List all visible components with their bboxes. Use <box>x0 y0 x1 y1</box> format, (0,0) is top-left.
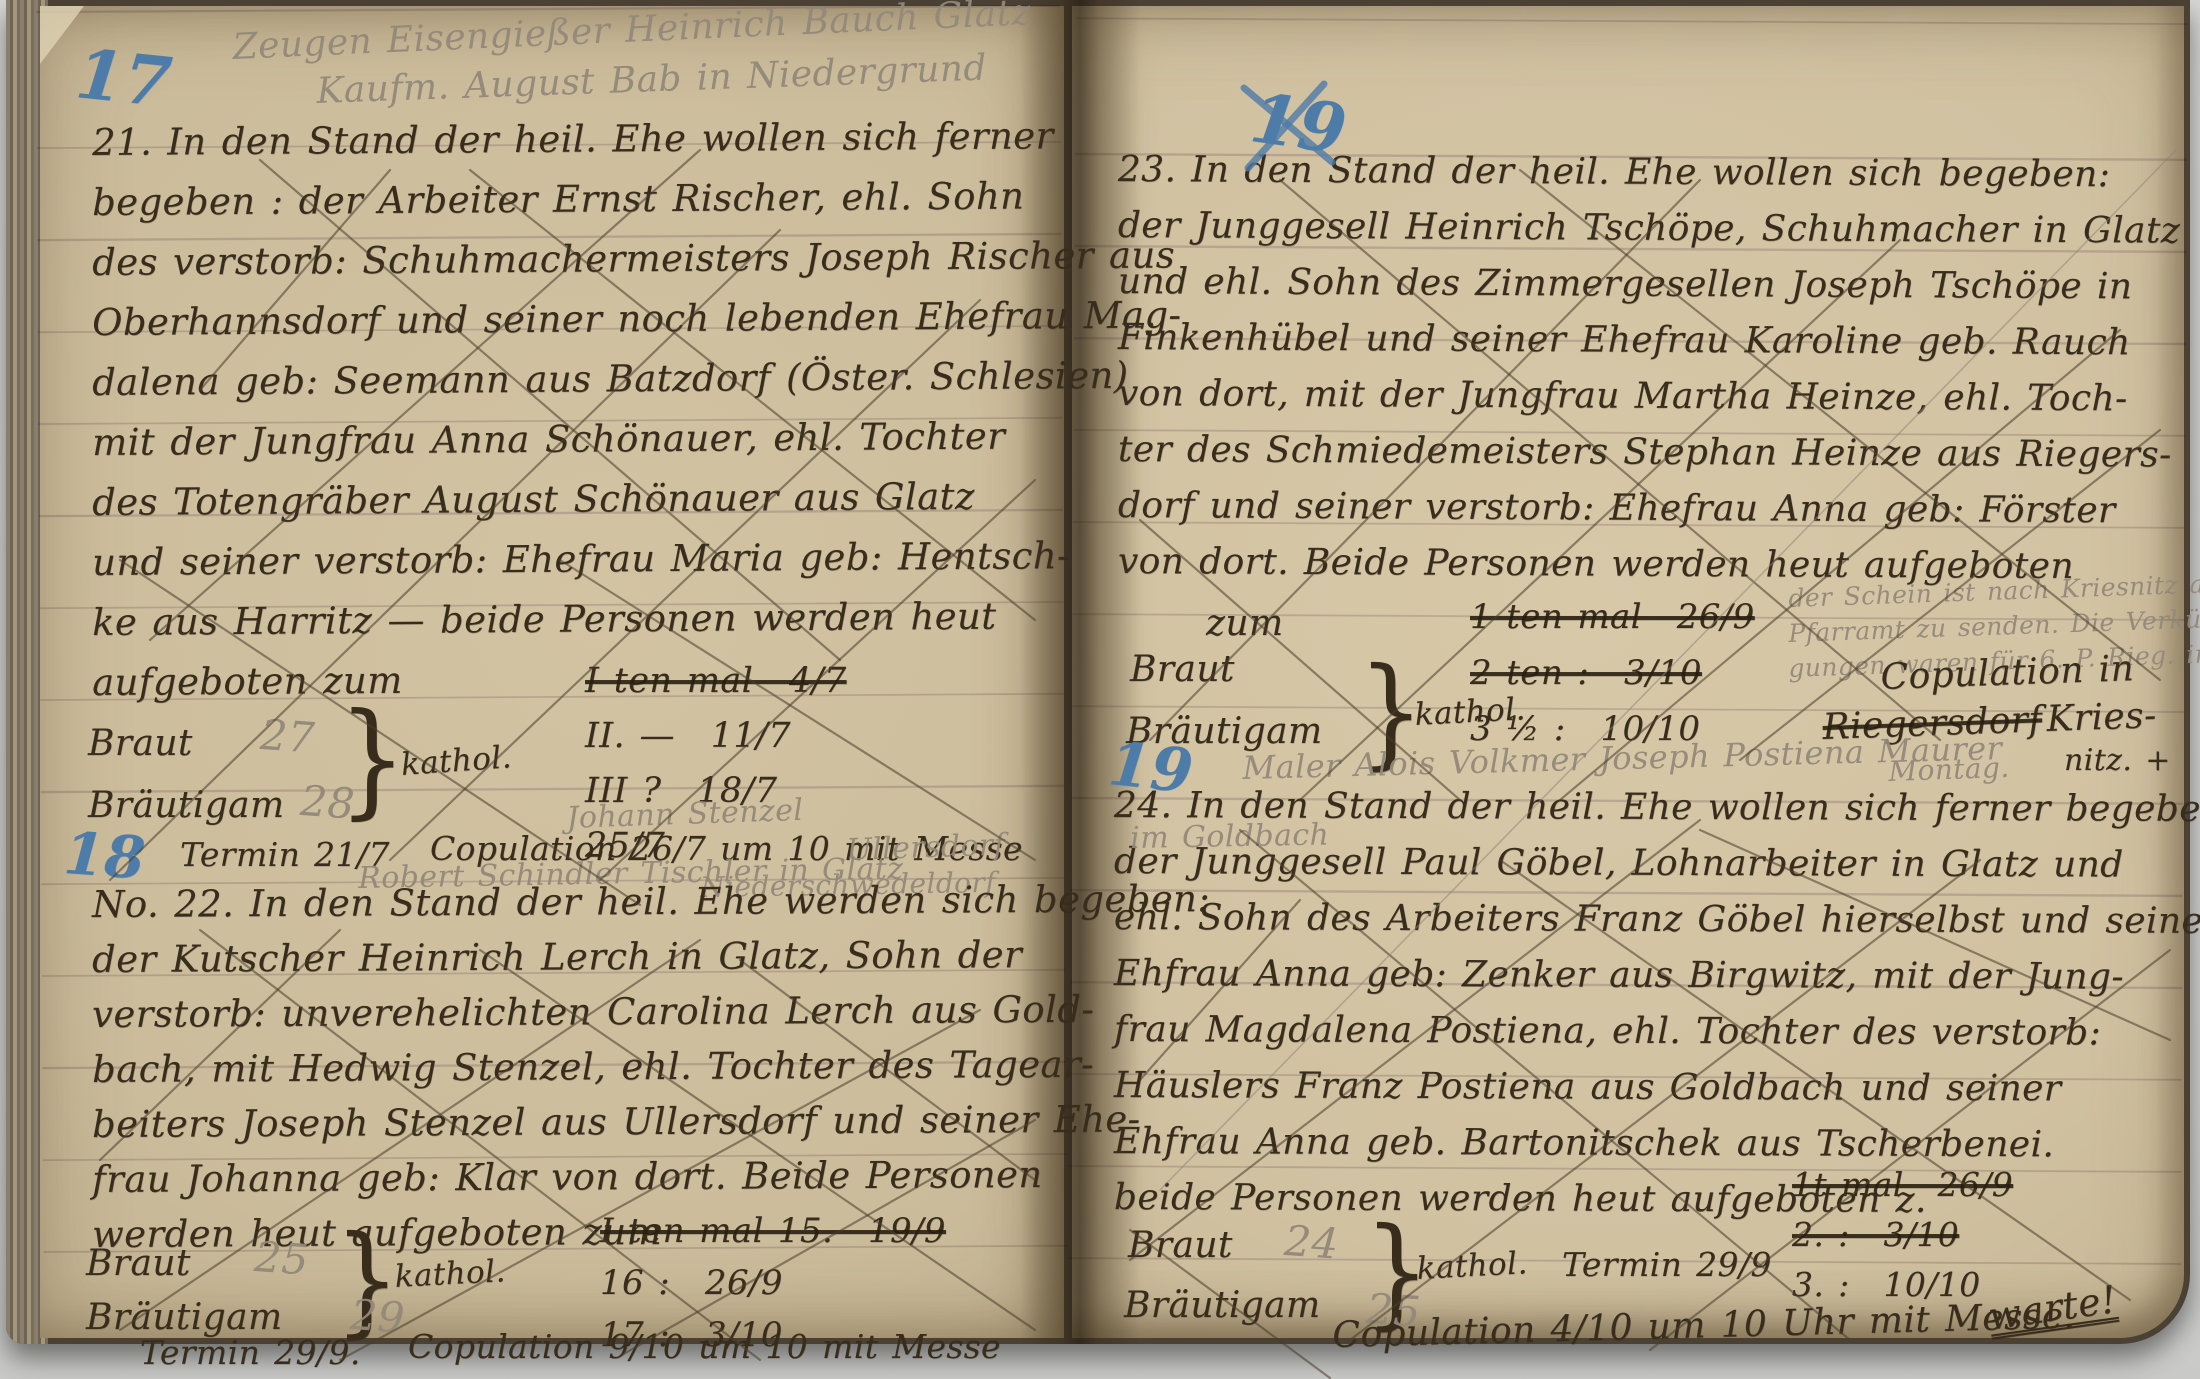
handwriting-line: Ehfrau Anna geb. Bartonitschek aus Tsche… <box>1114 1124 2054 1163</box>
blue-page-number: 17 <box>73 40 175 118</box>
handwriting-line: Bräutigam <box>1124 1288 1321 1324</box>
handwriting-line: ter des Schmiedemeisters Stephan Heinze … <box>1118 432 2172 474</box>
pencil-annotation: im Goldbach <box>1130 821 1330 854</box>
pencil-annotation: 28 <box>299 780 356 826</box>
handwriting-line: von dort, mit der Jungfrau Martha Heinze… <box>1118 376 2128 417</box>
handwriting-line: I ten mal 15. 19/9 <box>600 1214 946 1248</box>
handwriting-line: 21. In den Stand der heil. Ehe wollen si… <box>92 117 1054 161</box>
handwriting-line: Copulation in <box>1880 651 2135 696</box>
register-photo: Zeugen Eisengießer Heinrich Bauch GlatzK… <box>0 0 2200 1379</box>
handwriting-line: 23. In den Stand der heil. Ehe wollen si… <box>1118 152 2111 193</box>
handwriting-line: 2 ten : 3/10 <box>1470 656 1702 690</box>
blue-page-number: 18 <box>62 824 147 888</box>
handwriting-line: der Junggesell Heinrich Tschöpe, Schuhma… <box>1118 208 2180 250</box>
handwriting-line: ke aus Harritz — beide Personen werden h… <box>92 598 997 641</box>
handwriting-line: dalena geb: Seemann aus Batzdorf (Öster.… <box>92 357 1129 401</box>
handwriting-line: nitz. + <box>2064 746 2171 776</box>
handwriting-line: kathol. <box>1414 694 1526 731</box>
handwriting-line: kathol. <box>1416 1248 1528 1285</box>
handwriting-line: Finkenhübel und seiner Ehefrau Karoline … <box>1118 320 2131 361</box>
handwriting-line: Häuslers Franz Postiena aus Goldbach und… <box>1114 1068 2062 1107</box>
pencil-annotation: 27 <box>259 714 316 760</box>
pencil-annotation: 25 <box>253 1236 310 1282</box>
handwriting-line: mit der Jungfrau Anna Schönauer, ehl. To… <box>92 418 1005 461</box>
handwriting-line: kathol. <box>400 742 513 781</box>
handwriting-line: Termin 29/9. <box>140 1336 361 1369</box>
handwriting-line: No. 22. In den Stand der heil. Ehe werde… <box>92 880 1210 923</box>
handwriting-line: Kries- <box>2046 698 2157 738</box>
handwriting-line: und seiner verstorb: Ehefrau Maria geb: … <box>92 537 1070 581</box>
handwriting-line: Bräutigam <box>86 1300 283 1336</box>
handwriting-line: Braut <box>88 726 193 762</box>
handwriting-line: dorf und seiner verstorb: Ehefrau Anna g… <box>1118 488 2116 529</box>
handwriting-line: ehl. Sohn des Arbeiters Franz Göbel hier… <box>1114 900 2200 940</box>
pencil-annotation: Johann Stenzel <box>566 796 804 834</box>
handwriting-line: begeben : der Arbeiter Ernst Rischer, eh… <box>92 177 1024 221</box>
handwriting-line: frau Magdalena Postiena, ehl. Tochter de… <box>1114 1012 2101 1051</box>
handwriting-line: 3. : 10/10 <box>1792 1268 1981 1301</box>
handwriting-line: Copulation 9/10 um 10 mit Messe <box>408 1330 1001 1363</box>
handwriting-line: und ehl. Sohn des Zimmergesellen Joseph … <box>1118 264 2133 305</box>
handwriting-line: 16 : 26/9 <box>600 1266 783 1300</box>
handwriting-line: Ehfrau Anna geb: Zenker aus Birgwitz, mi… <box>1114 956 2124 996</box>
handwriting-line: der Kutscher Heinrich Lerch in Glatz, So… <box>92 936 1022 978</box>
handwriting-line: des Totengräber August Schönauer aus Gla… <box>92 478 975 521</box>
handwriting-line: bach, mit Hedwig Stenzel, ehl. Tochter d… <box>92 1046 1094 1088</box>
handwriting-line: I ten mal 4/7 <box>585 664 847 699</box>
handwriting-line: kathol. <box>394 1256 506 1293</box>
handwriting-line: 1t mal 26/9 <box>1792 1168 2013 1201</box>
handwriting-line: zum <box>1206 606 1284 642</box>
handwriting-line: Termin 29/9 <box>1562 1248 1772 1281</box>
handwriting-line: Bräutigam <box>88 788 285 824</box>
handwriting-line: 1 ten mal 26/9 <box>1470 600 1755 634</box>
handwriting-line: verstorb: unverehelichten Carolina Lerch… <box>92 991 1094 1033</box>
pencil-annotation: 24 <box>1283 1220 1340 1266</box>
handwriting-line: Oberhannsdorf und seiner noch lebenden E… <box>92 296 1182 341</box>
handwriting-line: Braut <box>1128 1228 1233 1264</box>
handwriting-line: frau Johanna geb: Klar von dort. Beide P… <box>92 1156 1043 1198</box>
handwriting-line: des verstorb: Schuhmachermeisters Joseph… <box>92 236 1175 281</box>
handwriting-line: Braut <box>86 1246 191 1282</box>
handwriting-line: 2. : 3/10 <box>1792 1218 1959 1251</box>
handwriting-line: beiters Joseph Stenzel aus Ullersdorf un… <box>92 1101 1141 1143</box>
handwriting-line: II. — 11/7 <box>585 719 791 754</box>
handwriting-line: Braut <box>1130 652 1235 688</box>
